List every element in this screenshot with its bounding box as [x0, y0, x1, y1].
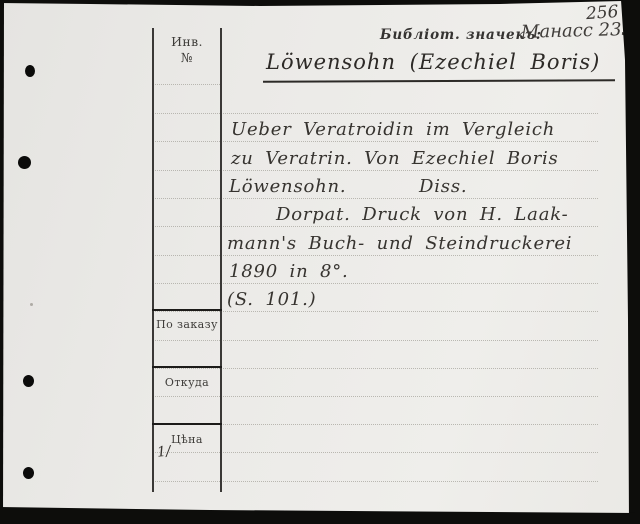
catalog-card-scan: Инв. № По заказу Откуда Цѣна 1/ 256 Библ…	[0, 0, 640, 524]
scan-edges	[0, 0, 640, 524]
